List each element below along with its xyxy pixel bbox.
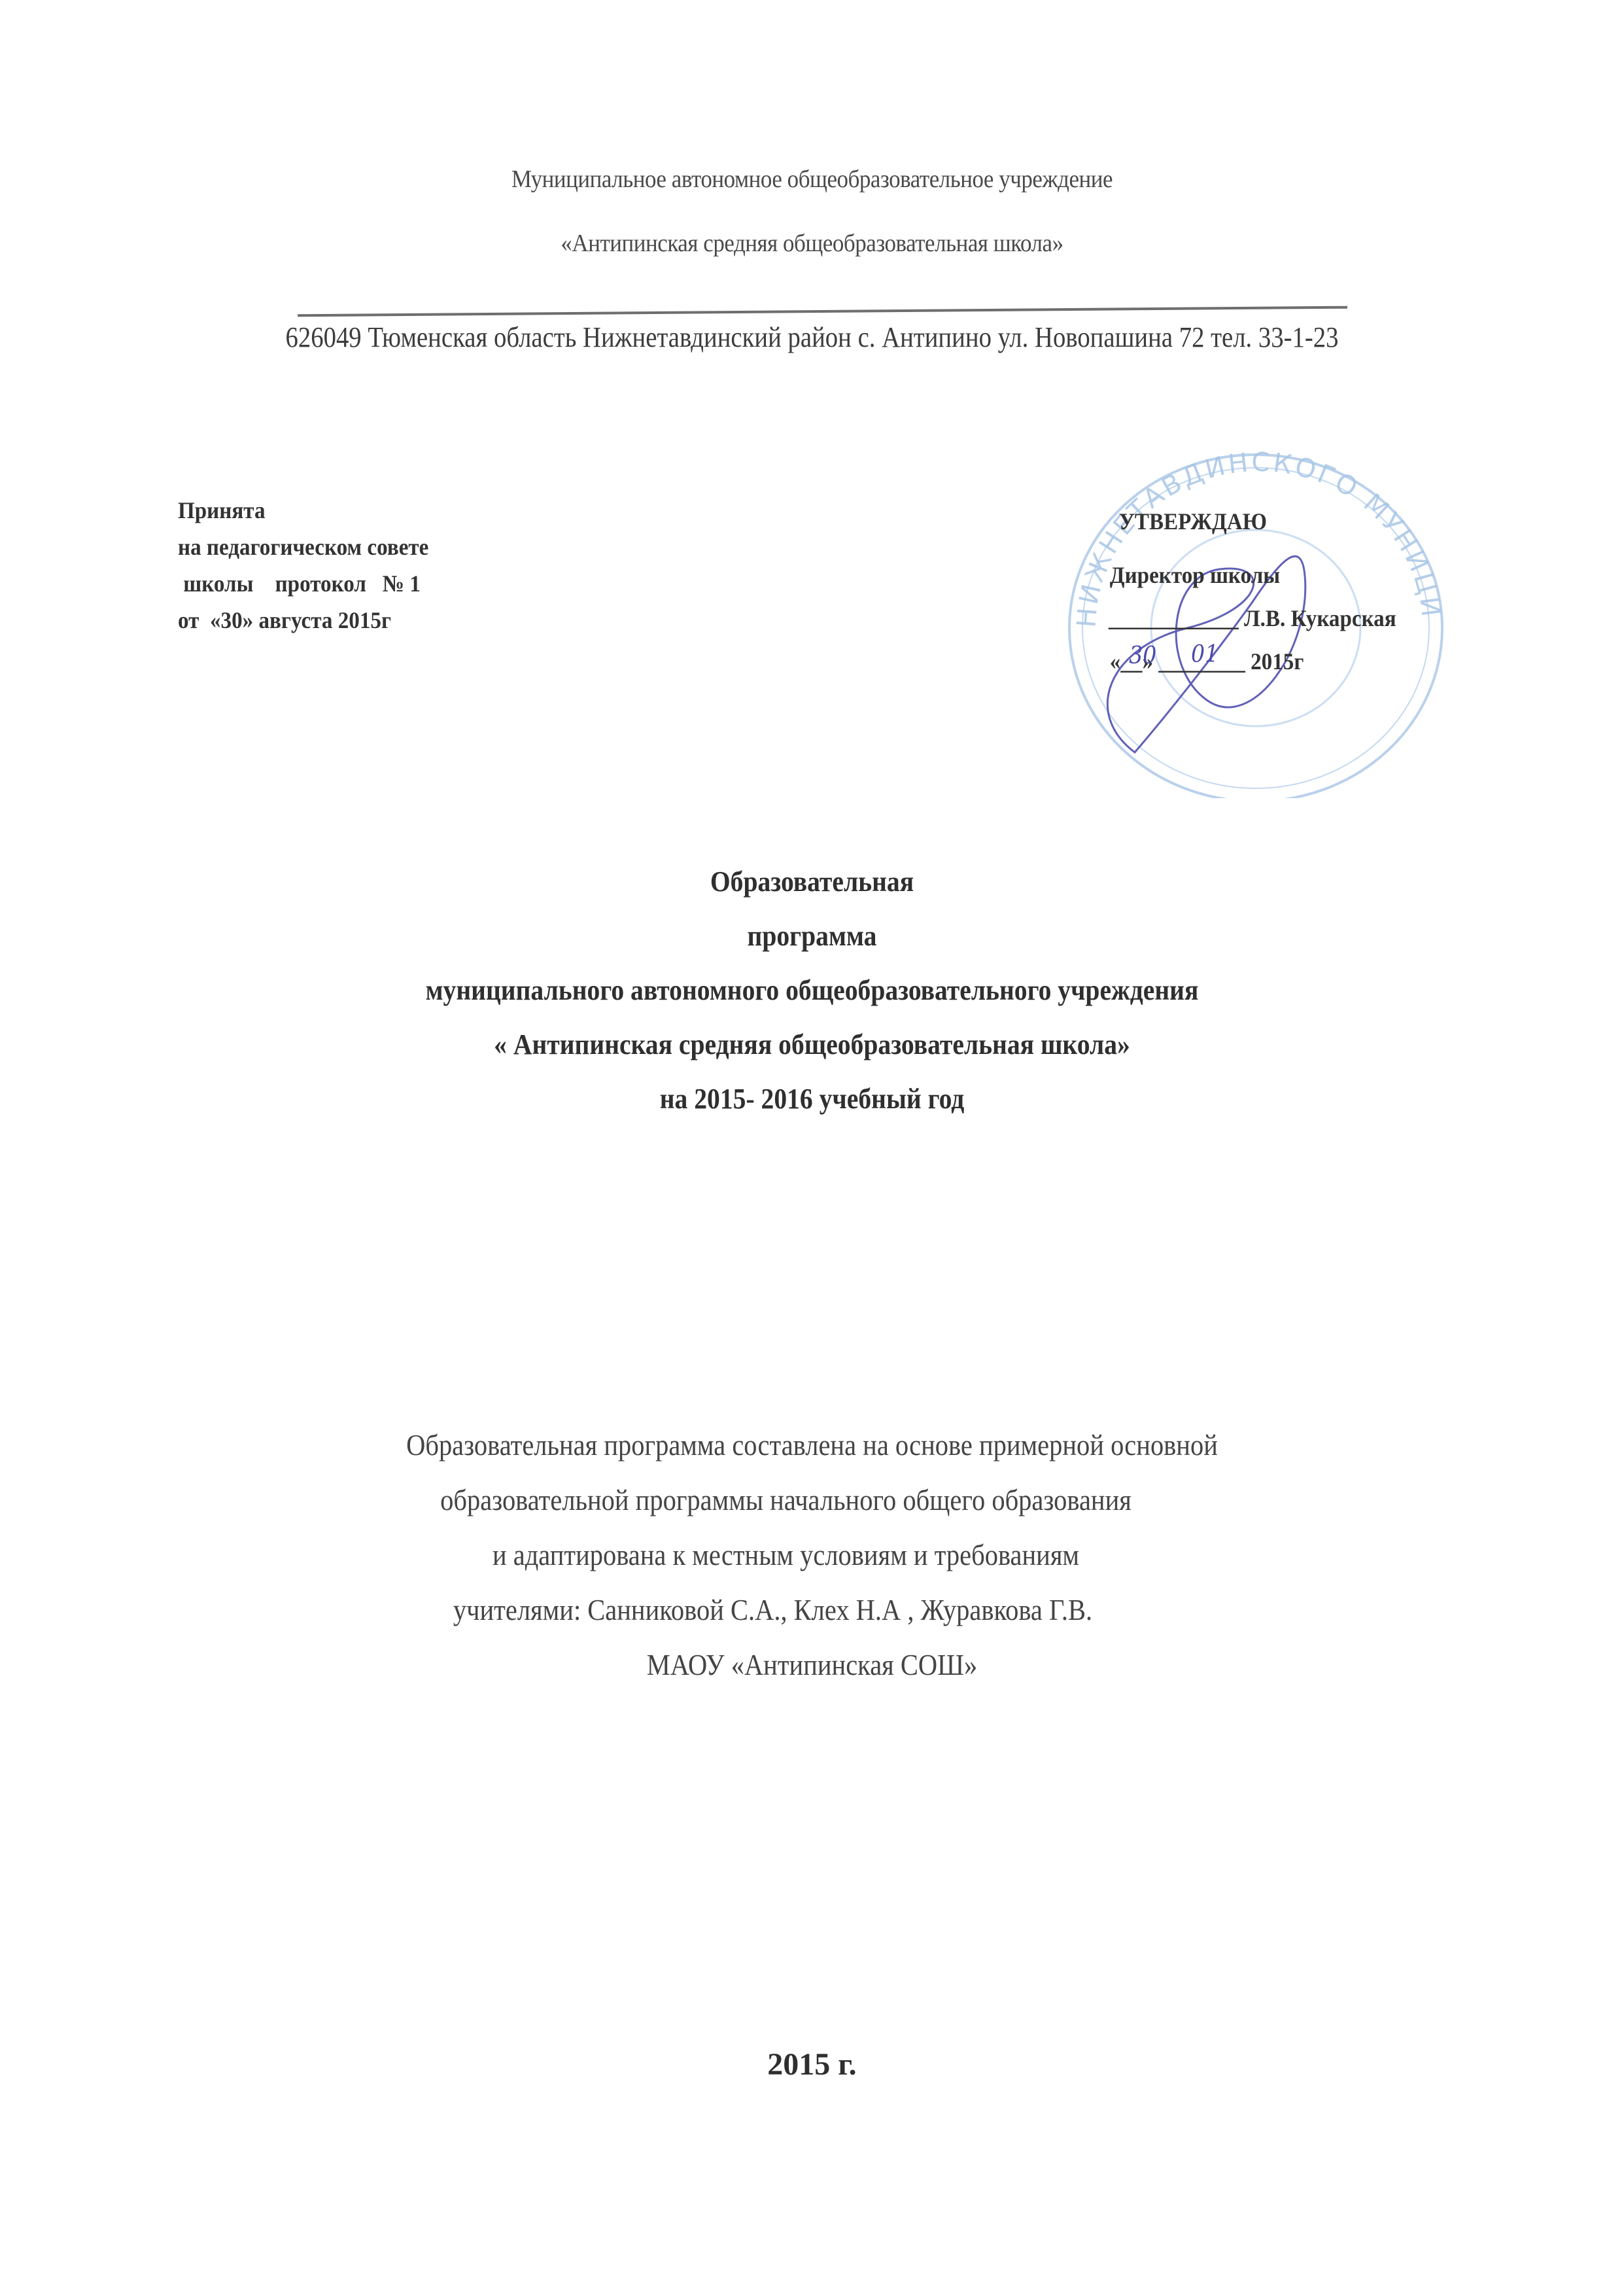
adopted-line: от «30» августа 2015г (178, 602, 428, 639)
adopted-line: на педагогическом совете (178, 529, 428, 565)
description-line: и адаптирована к местным условиям и треб… (71, 1537, 1500, 1572)
adopted-line: школы протокол № 1 (178, 565, 428, 602)
approval-title: УТВЕРЖДАЮ (1119, 508, 1267, 535)
handwritten-month: 01 (1191, 641, 1218, 668)
description-line: Образовательная программа составлена на … (97, 1428, 1527, 1462)
document-year: 2015 г. (0, 2046, 1624, 2082)
program-title-line: программа (81, 919, 1543, 953)
program-title-line: Образовательная (81, 865, 1543, 898)
adopted-line: Принята (178, 492, 428, 529)
description-line: МАОУ «Антипинская СОШ» (97, 1647, 1527, 1682)
approval-block: УТВЕРЖДАЮ Директор школы ____________ Л.… (1086, 0, 1507, 785)
program-title-line: « Антипинская средняя общеобразовательна… (81, 1028, 1543, 1061)
description-line: учителями: Санниковой С.А., Клех Н.А , Ж… (58, 1592, 1487, 1627)
adopted-block: Принята на педагогическом совете школы п… (178, 492, 428, 639)
approval-signature-line: ____________ Л.В. Кукарская (1109, 604, 1396, 632)
program-title-line: муниципального автономного общеобразоват… (81, 973, 1543, 1007)
handwritten-day: 30 (1129, 642, 1156, 669)
approval-position: Директор школы (1110, 561, 1280, 589)
program-title-line: на 2015- 2016 учебный год (81, 1082, 1543, 1115)
description-line: образовательной программы начального общ… (71, 1482, 1500, 1517)
